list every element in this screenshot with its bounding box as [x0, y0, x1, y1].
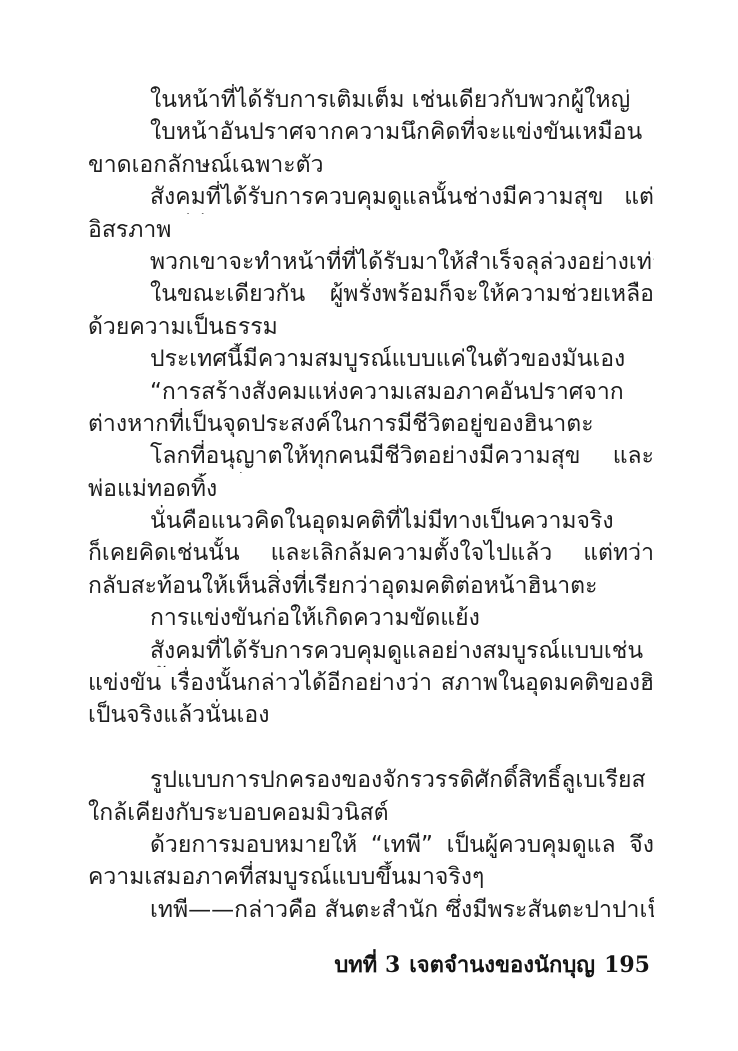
body-text-line: ก็เคยคิดเช่นนั้น และเลิกล้มความตั้งใจไปแ…	[88, 537, 654, 569]
page-footer: บทที่ 3เจตจำนงของนักบุญ195	[334, 950, 650, 980]
body-text-line: ใบหน้าอันปราศจากความนึกคิดที่จะแข่งขันเห…	[88, 116, 654, 148]
footer-chapter-title: เจตจำนงของนักบุญ	[409, 950, 595, 980]
body-text-line: ประเทศนี้มีความสมบูรณ์แบบแค่ในตัวของมันเ…	[88, 343, 654, 375]
body-text-line: ในหน้าที่ได้รับการเติมเต็ม เช่นเดียวกับพ…	[88, 84, 654, 116]
body-text-line: ด้วยความเป็นธรรม	[88, 311, 654, 343]
body-text-line: พวกเขาจะทำหน้าที่ที่ได้รับมาให้สำเร็จลุล…	[88, 246, 654, 278]
body-text-line: การแข่งขันก่อให้เกิดความขัดแย้ง	[88, 602, 654, 634]
body-text-line: “การสร้างสังคมแห่งความเสมอภาคอันปราศจากค…	[88, 376, 654, 408]
body-text-line: ใกล้เคียงกับระบอบคอมมิวนิสต์	[88, 797, 654, 829]
body-text-line: รูปแบบการปกครองของจักรวรรดิศักดิ์สิทธิ์ล…	[88, 764, 654, 796]
body-text-line	[88, 732, 654, 764]
body-text-line: นั่นคือแนวคิดในอุดมคติที่ไม่มีทางเป็นควา…	[88, 505, 654, 537]
body-text-line: อิสรภาพ	[88, 214, 654, 246]
book-page: ในหน้าที่ได้รับการเติมเต็ม เช่นเดียวกับพ…	[0, 0, 738, 1051]
body-text-line: ขาดเอกลักษณ์เฉพาะตัว	[88, 149, 654, 181]
footer-page-number: 195	[604, 950, 650, 980]
body-text-line: พ่อแม่ทอดทิ้ง	[88, 473, 654, 505]
body-text-line: กลับสะท้อนให้เห็นสิ่งที่เรียกว่าอุดมคติต…	[88, 570, 654, 602]
body-text-line: แข่งขัน เรื่องนั้นกล่าวได้อีกอย่างว่า สภ…	[88, 667, 654, 699]
body-text-line: สังคมที่ได้รับการควบคุมดูแลอย่างสมบูรณ์แ…	[88, 635, 654, 667]
body-text-line: เป็นจริงแล้วนั่นเอง	[88, 699, 654, 731]
body-text-line: เทพี——กล่าวคือ สันตะสำนัก ซึ่งมีพระสันตะ…	[88, 894, 654, 926]
footer-chapter-label: บทที่ 3	[334, 950, 400, 980]
body-text-line: สังคมที่ได้รับการควบคุมดูแลนั้นช่างมีควา…	[88, 181, 654, 213]
body-text-line: ต่างหากที่เป็นจุดประสงค์ในการมีชีวิตอยู่…	[88, 408, 654, 440]
body-text-line: ในขณะเดียวกัน ผู้พรั่งพร้อมก็จะให้ความช่…	[88, 278, 654, 310]
page-body-text: ในหน้าที่ได้รับการเติมเต็ม เช่นเดียวกับพ…	[88, 84, 654, 926]
body-text-line: ความเสมอภาคที่สมบูรณ์แบบขึ้นมาจริงๆ	[88, 861, 654, 893]
body-text-line: ด้วยการมอบหมายให้ “เทพี” เป็นผู้ควบคุมดู…	[88, 829, 654, 861]
body-text-line: โลกที่อนุญาตให้ทุกคนมีชีวิตอย่างมีความสุ…	[88, 440, 654, 472]
